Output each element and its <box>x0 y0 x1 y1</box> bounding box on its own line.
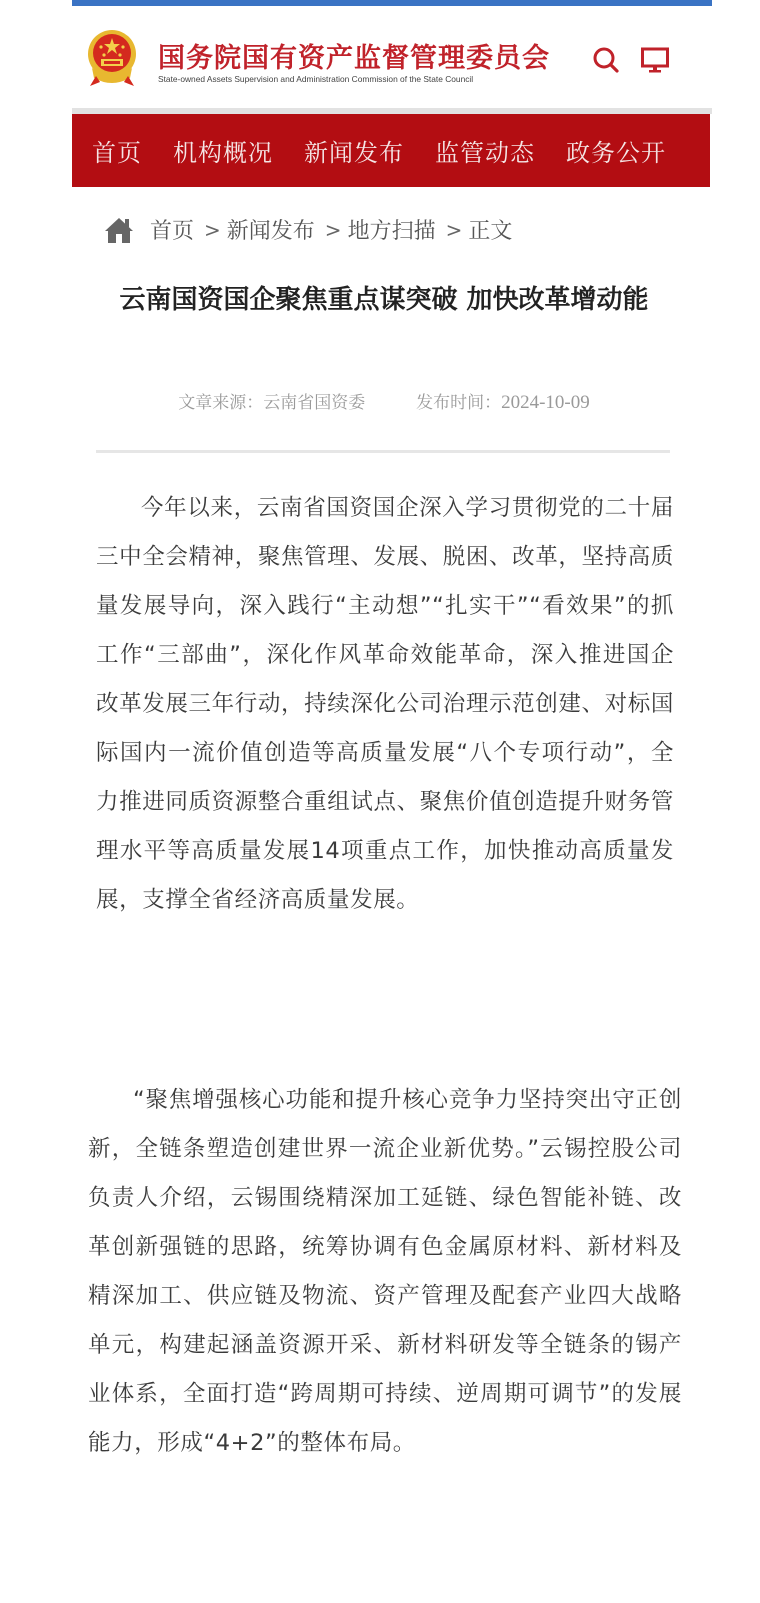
source-label: 文章来源： <box>178 393 263 413</box>
site-subtitle: State-owned Assets Supervision and Admin… <box>158 74 473 84</box>
desktop-version-button[interactable] <box>639 44 671 76</box>
main-nav: 首页 机构概况 新闻发布 监管动态 政务公开 <box>72 114 710 187</box>
search-icon <box>591 45 621 75</box>
search-button[interactable] <box>590 44 622 76</box>
breadcrumb: 首页 > 新闻发布 > 地方扫描 > 正文 <box>104 214 512 245</box>
breadcrumb-current: 正文 <box>468 214 512 245</box>
date-value: 2024-10-09 <box>501 392 590 413</box>
national-emblem-icon <box>84 28 140 88</box>
date-label: 发布时间： <box>416 393 501 413</box>
site-title[interactable]: 国务院国有资产监督管理委员会 <box>158 36 550 75</box>
desktop-icon <box>640 45 670 75</box>
nav-item-home[interactable]: 首页 <box>72 133 142 168</box>
nav-item-government-affairs[interactable]: 政务公开 <box>546 133 666 168</box>
article-paragraph: “聚焦增强核心功能和提升核心竞争力坚持突出守正创新，全链条塑造创建世界一流企业新… <box>88 1076 682 1468</box>
site-header: 国务院国有资产监督管理委员会 State-owned Assets Superv… <box>72 6 712 108</box>
breadcrumb-separator: > <box>204 218 221 242</box>
source-value: 云南省国资委 <box>263 393 365 413</box>
article-title: 云南国资国企聚焦重点谋突破 加快改革增动能 <box>96 278 672 322</box>
meta-divider <box>96 450 670 453</box>
breadcrumb-local-scan[interactable]: 地方扫描 <box>348 214 436 245</box>
breadcrumb-home[interactable]: 首页 <box>150 214 194 245</box>
article-paragraph: 今年以来，云南省国资国企深入学习贯彻党的二十届三中全会精神，聚焦管理、发展、脱困… <box>96 484 674 925</box>
breadcrumb-news[interactable]: 新闻发布 <box>227 214 315 245</box>
nav-item-news[interactable]: 新闻发布 <box>284 133 404 168</box>
article-meta: 文章来源：云南省国资委 发布时间：2024-10-09 <box>96 388 672 414</box>
breadcrumb-separator: > <box>325 218 342 242</box>
nav-item-supervision[interactable]: 监管动态 <box>415 133 535 168</box>
nav-item-about[interactable]: 机构概况 <box>153 133 273 168</box>
breadcrumb-separator: > <box>446 218 463 242</box>
home-icon[interactable] <box>104 215 134 245</box>
